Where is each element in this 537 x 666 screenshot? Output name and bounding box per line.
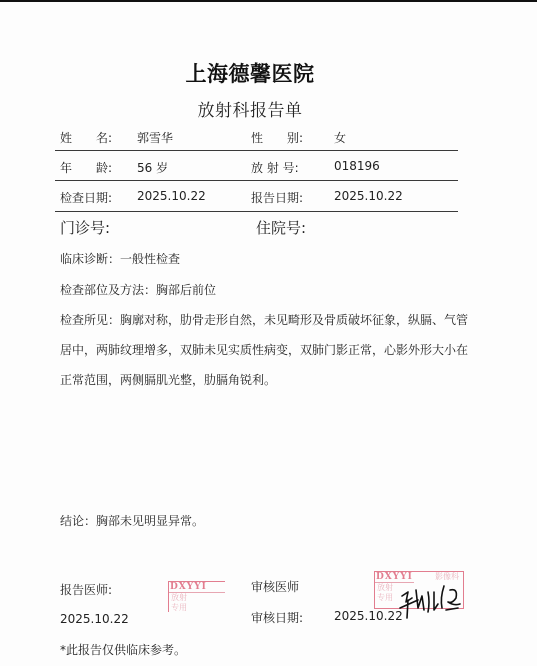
age-label: 年 龄: [60,159,112,176]
divider-2 [55,180,458,181]
gender-value: 女 [334,129,346,146]
findings-line-2: 居中，两肺纹理增多，双肺未见实质性病变，双肺门影正常，心影外形大小在 [60,341,468,358]
divider-3 [55,211,458,212]
report-date-label: 报告日期: [251,189,303,206]
disclaimer: *此报告仅供临床参考。 [60,641,186,658]
age-value: 56 岁 [137,159,168,176]
inpatient-label: 住院号: [256,217,306,238]
exam-method: 检查部位及方法：胸部后前位 [60,281,216,298]
review-doctor-label: 审核医师 [251,578,299,595]
clinical-diagnosis: 临床诊断：一般性检查 [60,250,180,267]
radiology-no-value: 018196 [334,159,380,173]
report-doctor-label: 报告医师: [60,581,112,598]
exam-date-value: 2025.10.22 [137,189,206,203]
review-date-value: 2025.10.22 [334,609,403,623]
outpatient-label: 门诊号: [60,217,110,238]
report-doctor-stamp: DXYYI 放射 专用 [168,581,225,612]
handwritten-signature [396,578,466,623]
conclusion: 结论：胸部未见明显异常。 [60,512,204,529]
divider-1 [55,150,458,151]
name-value: 郭雪华 [137,129,173,146]
findings-line-1: 检查所见：胸廓对称，肋骨走形自然，未见畸形及骨质破坏征象，纵膈、气管 [60,311,468,328]
name-label: 姓 名: [60,129,112,146]
exam-date-label: 检查日期: [60,189,112,206]
findings-line-3: 正常范围，两侧膈肌光整，肋膈角锐利。 [60,371,276,388]
hospital-name: 上海德馨医院 [0,58,500,88]
top-border [0,0,537,2]
report-title: 放射科报告单 [0,96,500,121]
review-date-label: 审核日期: [251,609,303,626]
report-doctor-date: 2025.10.22 [60,612,129,626]
radiology-no-label: 放 射 号: [251,159,299,176]
gender-label: 性 别: [251,129,303,146]
report-date-value: 2025.10.22 [334,189,403,203]
